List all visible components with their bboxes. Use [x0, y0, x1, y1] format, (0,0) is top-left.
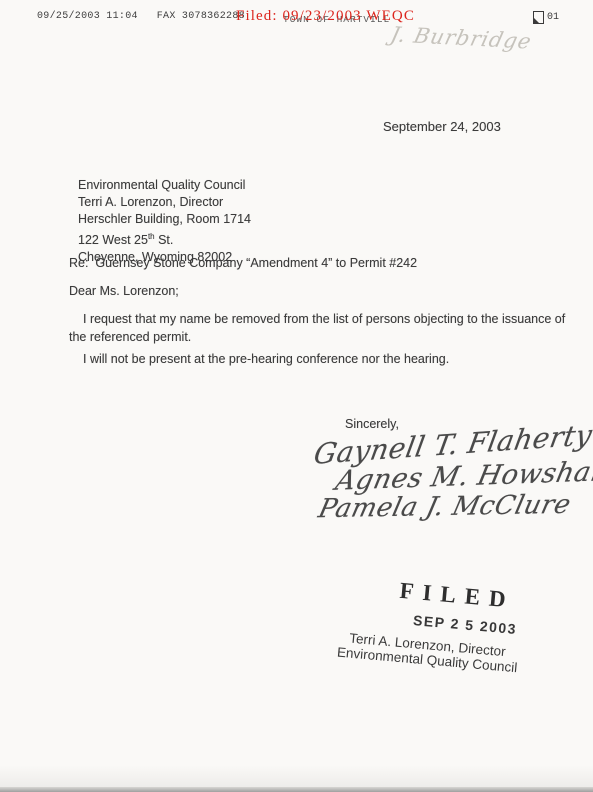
- recipient-line: Herschler Building, Room 1714: [78, 211, 251, 228]
- scanned-letter-page: 09/25/2003 11:04 FAX 3078362288 TOWN OF …: [0, 0, 593, 792]
- filed-stamp: FILED SEP 2 5 2003 Terri A. Lorenzon, Di…: [334, 573, 582, 699]
- paragraph-line: the referenced permit.: [69, 329, 565, 347]
- signature-3: Pamela J. McClure: [316, 490, 574, 525]
- closing: Sincerely,: [345, 417, 399, 431]
- recipient-street-line: 122 West 25th St.: [78, 228, 251, 249]
- scan-shading: [0, 765, 593, 787]
- fax-timestamp: 09/25/2003 11:04 FAX 3078362288: [37, 11, 245, 22]
- stamp-date: SEP 2 5 2003: [412, 612, 517, 637]
- body-paragraph-1: I request that my name be removed from t…: [69, 311, 565, 346]
- recipient-line: Terri A. Lorenzon, Director: [78, 194, 251, 211]
- handwritten-annotation: J. Burbridge: [388, 22, 534, 53]
- fax-page-number: 01: [547, 12, 559, 23]
- fax-page-counter: 01: [533, 11, 559, 24]
- letter-date: September 24, 2003: [383, 119, 501, 134]
- recipient-address: Environmental Quality Council Terri A. L…: [78, 177, 251, 266]
- scan-bottom-edge: [0, 787, 593, 792]
- street-number: 122 West 25: [78, 233, 148, 247]
- street-ordinal-suffix: th: [148, 232, 155, 241]
- street-suffix: St.: [155, 233, 174, 247]
- subject-line: Re: Guernsey Stone Company “Amendment 4”…: [69, 256, 417, 270]
- page-icon: [533, 11, 544, 24]
- efiling-date-overlay: Filed: 09/23/2003 WEQC: [236, 8, 415, 25]
- stamp-title: FILED: [399, 578, 516, 614]
- recipient-line: Environmental Quality Council: [78, 177, 251, 194]
- body-paragraph-2: I will not be present at the pre-hearing…: [69, 352, 449, 366]
- paragraph-line: I request that my name be removed from t…: [69, 311, 565, 329]
- salutation: Dear Ms. Lorenzon;: [69, 284, 179, 298]
